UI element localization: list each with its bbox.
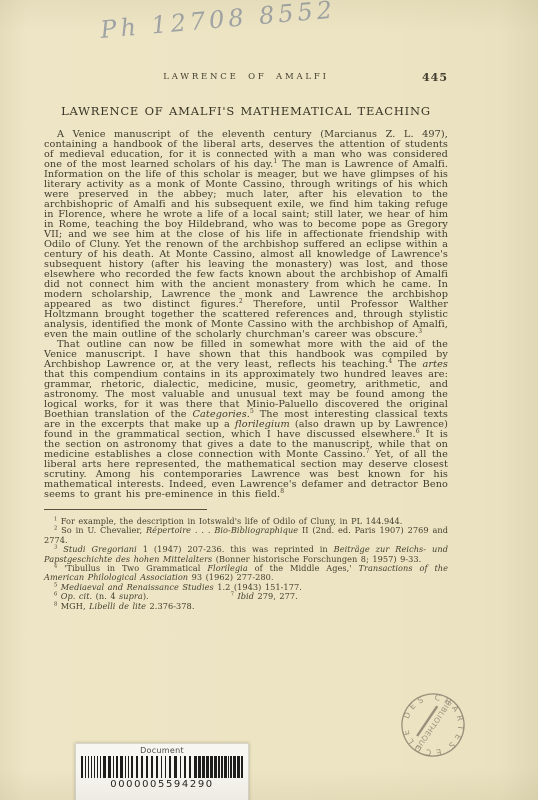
handwritten-shelfmark: Ph 12708 8552 [99, 0, 331, 44]
barcode-sticker: Document 0000005594290 [75, 743, 249, 800]
barcode-number: 0000005594290 [110, 779, 214, 790]
running-head: LAWRENCE OF AMALFI [44, 72, 448, 82]
footnote-3: 3 Studi Gregoriani 1 (1947) 207-236. thi… [44, 545, 448, 564]
footnote-4: 4 'Tibullus in Two Grammatical Florilegi… [44, 564, 448, 583]
article-body: A Venice manuscript of the eleventh cent… [44, 130, 448, 611]
page-header: LAWRENCE OF AMALFI 445 [44, 72, 448, 86]
barcode [81, 756, 243, 778]
article-title: LAWRENCE OF AMALFI'S MATHEMATICAL TEACHI… [44, 104, 448, 118]
footnote-2: 2 So in U. Chevalier, Répertoire . . . B… [44, 526, 448, 545]
footnotes: 1 For example, the description in Iotswa… [44, 517, 448, 611]
footnote-separator [44, 509, 207, 510]
footnote-8: 8 MGH, Libelli de lite 2.376-378. [44, 602, 448, 611]
page-number: 445 [422, 71, 448, 84]
body-paragraph-1: A Venice manuscript of the eleventh cent… [44, 130, 448, 340]
library-stamp: ECOLE DES CHARTES BIBLIOTHEQUE [391, 683, 475, 767]
scanned-document-page: Ph 12708 8552 LAWRENCE OF AMALFI 445 LAW… [0, 0, 538, 800]
barcode-label: Document [140, 746, 184, 755]
body-paragraph-2: That outline can now be filled in somewh… [44, 340, 448, 500]
